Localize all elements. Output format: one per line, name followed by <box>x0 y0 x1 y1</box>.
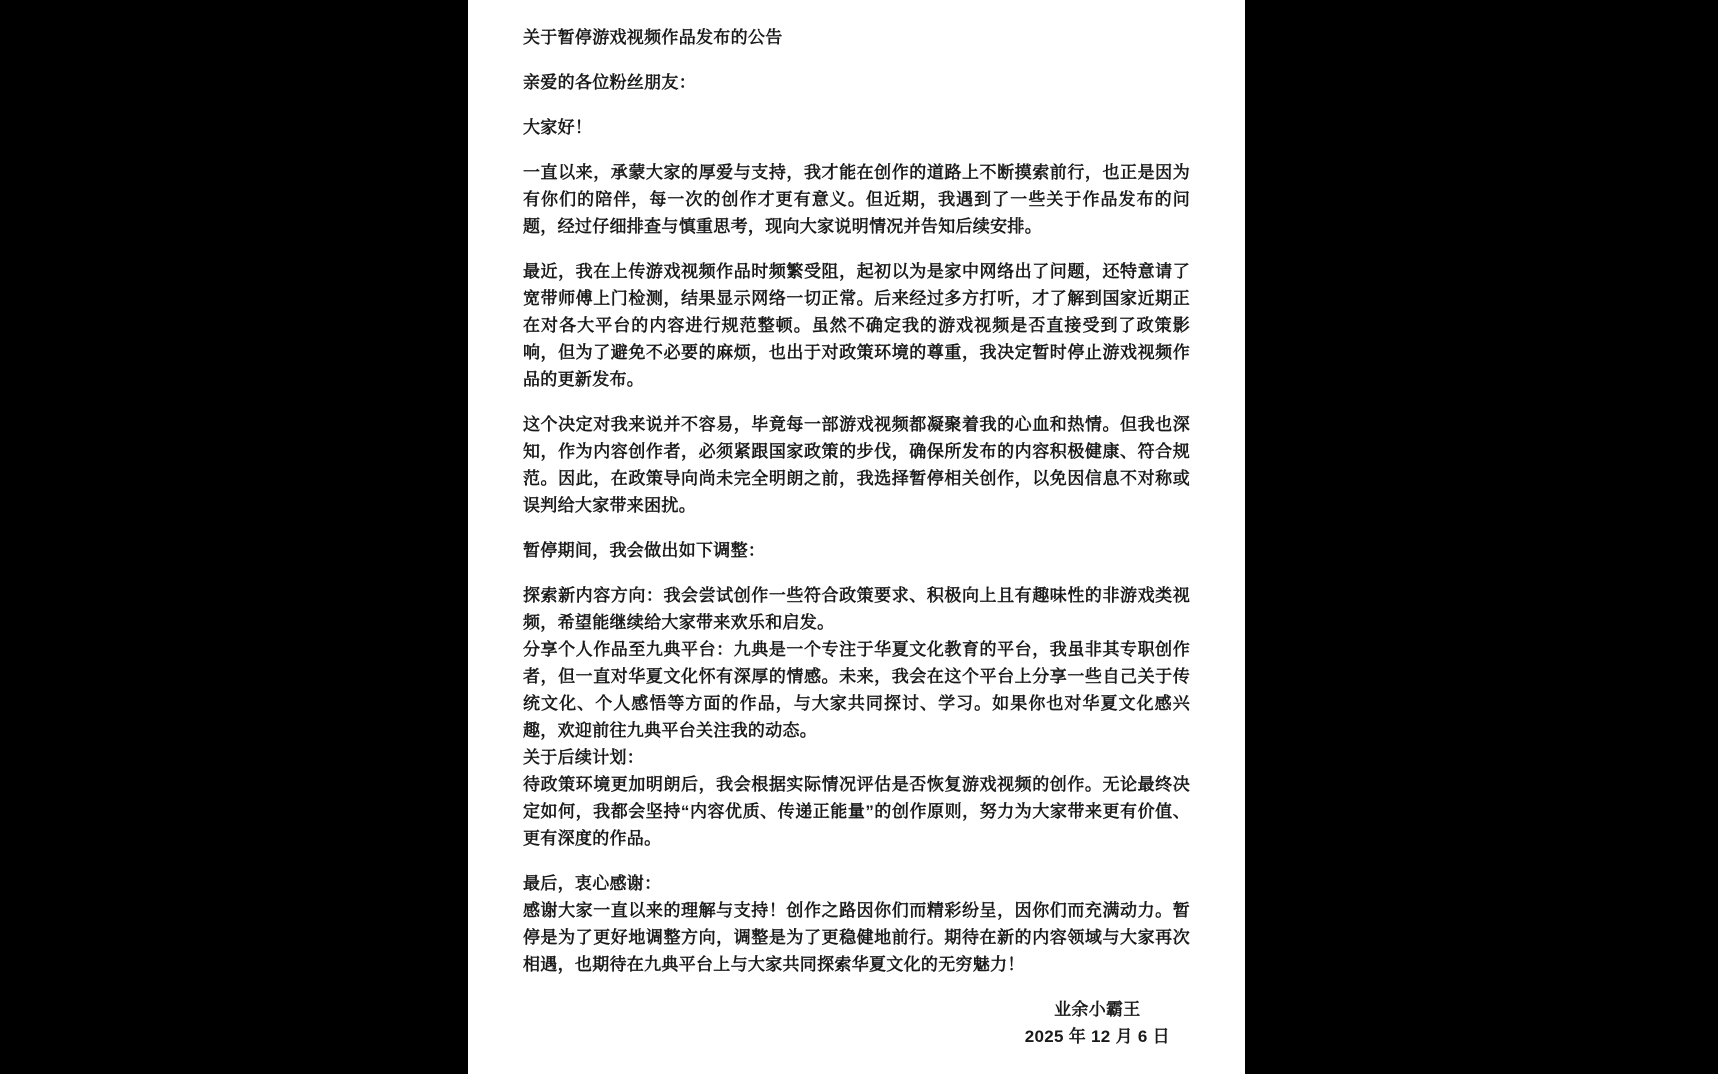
announcement-document: 关于暂停游戏视频作品发布的公告 亲爱的各位粉丝朋友： 大家好！ 一直以来，承蒙大… <box>523 24 1190 1050</box>
adjustment-item: 关于后续计划： <box>523 744 1190 771</box>
document-title: 关于暂停游戏视频作品发布的公告 <box>523 24 1190 51</box>
paragraph: 这个决定对我来说并不容易，毕竟每一部游戏视频都凝聚着我的心血和热情。但我也深知，… <box>523 411 1190 519</box>
adjustments-heading: 暂停期间，我会做出如下调整： <box>523 537 1190 564</box>
paragraph: 一直以来，承蒙大家的厚爱与支持，我才能在创作的道路上不断摸索前行，也正是因为有你… <box>523 159 1190 240</box>
signature-date: 2025 年 12 月 6 日 <box>1025 1023 1170 1050</box>
closing-body: 感谢大家一直以来的理解与支持！创作之路因你们而精彩纷呈，因你们而充满动力。暂停是… <box>523 897 1190 978</box>
letterboxed-stage: 关于暂停游戏视频作品发布的公告 亲爱的各位粉丝朋友： 大家好！ 一直以来，承蒙大… <box>0 0 1718 1074</box>
closing-heading: 最后，衷心感谢： <box>523 870 1190 897</box>
adjustment-item: 探索新内容方向：我会尝试创作一些符合政策要求、积极向上且有趣味性的非游戏类视频，… <box>523 582 1190 636</box>
announcement-sheet: 关于暂停游戏视频作品发布的公告 亲爱的各位粉丝朋友： 大家好！ 一直以来，承蒙大… <box>468 0 1245 1074</box>
adjustment-item: 待政策环境更加明朗后，我会根据实际情况评估是否恢复游戏视频的创作。无论最终决定如… <box>523 771 1190 852</box>
signature-name: 业余小霸王 <box>1025 996 1170 1023</box>
paragraph: 最近，我在上传游戏视频作品时频繁受阻，起初以为是家中网络出了问题，还特意请了宽带… <box>523 258 1190 393</box>
signature-block: 业余小霸王 2025 年 12 月 6 日 <box>1025 996 1170 1050</box>
salutation: 亲爱的各位粉丝朋友： <box>523 69 1190 96</box>
adjustment-item: 分享个人作品至九典平台：九典是一个专注于华夏文化教育的平台，我虽非其专职创作者，… <box>523 636 1190 744</box>
greeting: 大家好！ <box>523 114 1190 141</box>
